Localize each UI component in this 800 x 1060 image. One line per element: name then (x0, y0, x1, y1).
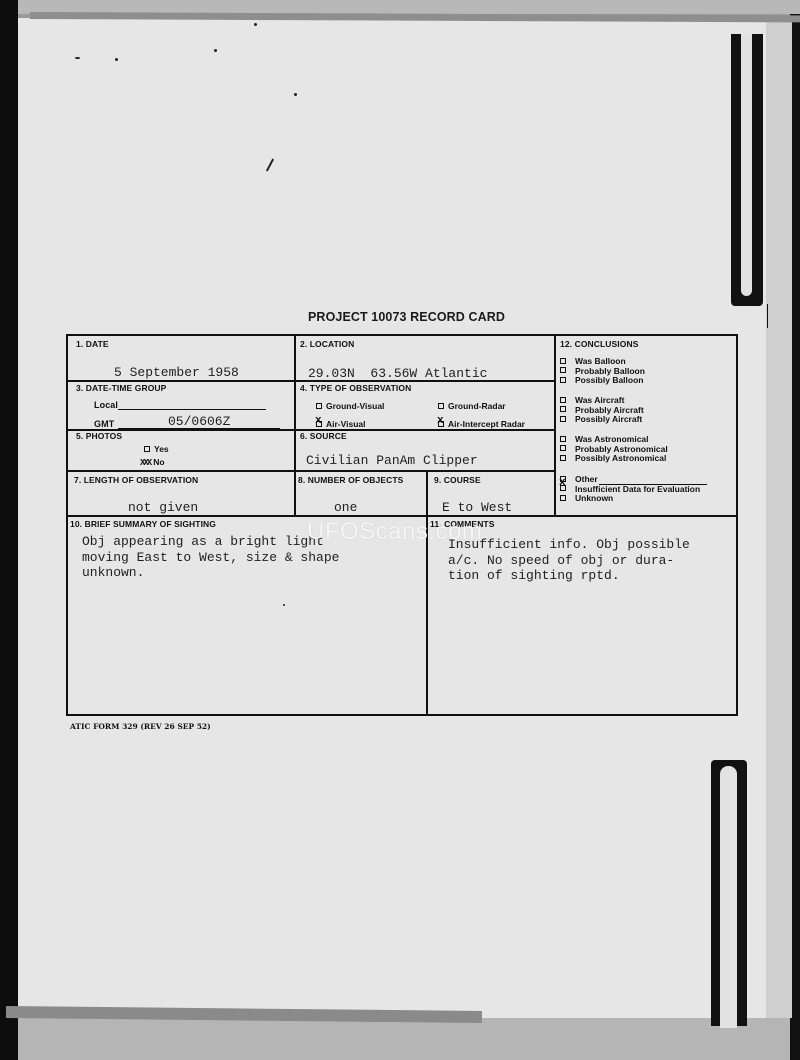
conclusion-label: Was Balloon (575, 356, 626, 366)
summary-label: 10. BRIEF SUMMARY OF SIGHTING (70, 519, 216, 529)
checkbox-icon[interactable] (560, 367, 566, 373)
checkbox-icon[interactable] (560, 397, 566, 403)
checkbox-icon[interactable] (438, 403, 444, 409)
option-ground-visual[interactable]: Ground-Visual (316, 401, 384, 411)
checkbox-icon[interactable] (560, 495, 566, 501)
conclusion-label: Possibly Balloon (575, 375, 644, 385)
margin-mark (767, 304, 768, 328)
option-photos-no[interactable]: XXXNo (140, 457, 165, 468)
local-label: Local (94, 400, 266, 410)
dust-speck (115, 58, 118, 61)
dust-speck (214, 49, 217, 52)
field-summary: 10. BRIEF SUMMARY OF SIGHTING Obj appear… (68, 517, 426, 716)
gmt-value: 05/0606Z (168, 414, 230, 429)
conclusion-label: Insufficient Data for Evaluation (575, 484, 700, 494)
card-title: PROJECT 10073 RECORD CARD (308, 310, 505, 324)
binder-clip-bottom (711, 760, 747, 1026)
binder-clip-top (731, 34, 763, 306)
length-of-observation-label: 7. LENGTH OF OBSERVATION (74, 475, 198, 485)
source-value: Civilian PanAm Clipper (306, 453, 478, 468)
conclusion-group-balloon: Was Balloon Probably Balloon Possibly Ba… (560, 357, 645, 386)
checked-checkbox-icon[interactable] (316, 421, 322, 427)
field-length-of-observation: 7. LENGTH OF OBSERVATION not given (68, 470, 294, 516)
date-value: 5 September 1958 (114, 365, 239, 380)
option-air-visual[interactable]: Air-Visual (316, 419, 366, 429)
field-photos: 5. PHOTOS Yes XXXNo (68, 429, 294, 470)
typed-x-mark-icon: XXX (140, 458, 150, 468)
comments-text: Insufficient info. Obj possiblea/c. No s… (448, 537, 690, 584)
conclusion-label: Probably Aircraft (575, 405, 644, 415)
conclusion-label: Was Aircraft (575, 395, 624, 405)
date-time-group-label: 3. DATE-TIME GROUP (76, 383, 166, 393)
course-value: E to West (442, 500, 512, 515)
option-photos-yes[interactable]: Yes (144, 444, 169, 454)
scan-left-edge (0, 0, 18, 1060)
conclusion-possibly-astronomical[interactable]: Possibly Astronomical (560, 454, 668, 464)
conclusions-label: 12. CONCLUSIONS (560, 339, 639, 349)
conclusion-label: Was Astronomical (575, 434, 649, 444)
comments-line: Insufficient info. Obj possible (448, 537, 690, 553)
type-of-observation-label: 4. TYPE OF OBSERVATION (300, 383, 411, 393)
checkbox-icon[interactable] (560, 358, 566, 364)
scan-bottom-area (18, 1018, 790, 1060)
conclusion-label: Probably Astronomical (575, 444, 668, 454)
source-label: 6. SOURCE (300, 431, 347, 441)
local-label-text: Local (94, 400, 118, 410)
checkbox-icon[interactable] (560, 445, 566, 451)
date-label: 1. DATE (76, 339, 109, 349)
conclusion-label: Unknown (575, 493, 613, 503)
conclusion-group-other: Other Insufficient Data for Evaluation U… (560, 475, 707, 504)
field-comments: 11. COMMENTS Insufficient info. Obj poss… (426, 517, 736, 716)
checkbox-icon[interactable] (316, 403, 322, 409)
checkbox-icon[interactable] (560, 455, 566, 461)
conclusion-unknown[interactable]: Unknown (560, 494, 707, 504)
course-label: 9. COURSE (434, 475, 481, 485)
field-location: 2. LOCATION 29.03N 63.56W Atlantic (294, 336, 554, 380)
number-of-objects-value: one (334, 500, 357, 515)
checkbox-icon[interactable] (560, 436, 566, 442)
dust-speck (75, 57, 80, 59)
number-of-objects-label: 8. NUMBER OF OBJECTS (298, 475, 403, 485)
option-label: Air-Visual (326, 419, 366, 429)
field-type-of-observation: 4. TYPE OF OBSERVATION Ground-Visual Gro… (294, 380, 554, 429)
checkbox-icon[interactable] (560, 377, 566, 383)
conclusion-label: Possibly Aircraft (575, 414, 642, 424)
comments-line: a/c. No speed of obj or dura- (448, 553, 690, 569)
checkbox-icon[interactable] (560, 416, 566, 422)
option-label: Ground-Visual (326, 401, 384, 411)
conclusion-group-aircraft: Was Aircraft Probably Aircraft Possibly … (560, 396, 644, 425)
field-course: 9. COURSE E to West (426, 470, 554, 516)
paper-right-strip (766, 18, 792, 1018)
watermark: UFOScans.com (307, 518, 482, 546)
field-number-of-objects: 8. NUMBER OF OBJECTS one (294, 470, 426, 516)
option-label: No (153, 457, 164, 467)
location-value: 29.03N 63.56W Atlantic (308, 366, 487, 381)
summary-line: Obj appearing as a bright light (82, 534, 339, 550)
checkbox-icon[interactable] (144, 446, 150, 452)
location-label: 2. LOCATION (300, 339, 354, 349)
option-ground-radar[interactable]: Ground-Radar (438, 401, 506, 411)
field-date: 1. DATE 5 September 1958 (68, 336, 294, 380)
dust-speck (294, 93, 297, 96)
option-air-intercept-radar[interactable]: Air-Intercept Radar (438, 419, 525, 429)
photos-label: 5. PHOTOS (76, 431, 122, 441)
field-date-time-group: 3. DATE-TIME GROUP Local GMT 05/0606Z (68, 380, 294, 429)
conclusion-possibly-balloon[interactable]: Possibly Balloon (560, 376, 645, 386)
conclusion-label: Other (575, 474, 598, 484)
checked-checkbox-icon[interactable] (560, 485, 566, 491)
gmt-label: GMT (94, 419, 114, 429)
option-label: Air-Intercept Radar (448, 419, 525, 429)
field-conclusions: 12. CONCLUSIONS Was Balloon Probably Bal… (556, 336, 736, 516)
checkbox-icon[interactable] (560, 406, 566, 412)
summary-line: moving East to West, size & shape (82, 550, 339, 566)
local-value-line (118, 409, 266, 410)
field-source: 6. SOURCE Civilian PanAm Clipper (294, 429, 554, 470)
dust-speck (254, 23, 257, 26)
option-label: Ground-Radar (448, 401, 506, 411)
divider (554, 336, 556, 516)
comments-line: tion of sighting rptd. (448, 568, 690, 584)
checked-checkbox-icon[interactable] (438, 421, 444, 427)
conclusion-label: Probably Balloon (575, 366, 645, 376)
summary-text: Obj appearing as a bright lightmoving Ea… (82, 534, 339, 581)
form-identifier: ATIC FORM 329 (REV 26 SEP 52) (70, 722, 211, 731)
length-of-observation-value: not given (128, 500, 198, 515)
conclusion-possibly-aircraft[interactable]: Possibly Aircraft (560, 415, 644, 425)
summary-line: unknown. (82, 565, 339, 581)
option-label: Yes (154, 444, 169, 454)
conclusion-group-astronomical: Was Astronomical Probably Astronomical P… (560, 435, 668, 464)
conclusion-label: Possibly Astronomical (575, 453, 666, 463)
